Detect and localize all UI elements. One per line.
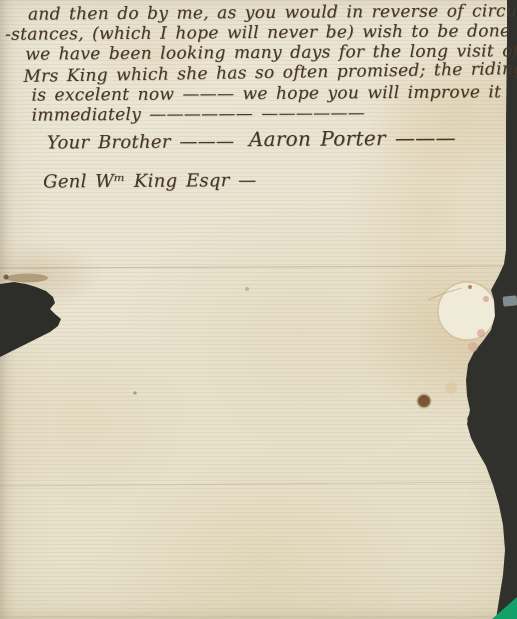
address-line: Genl Wᵐ King Esqr —	[43, 170, 256, 192]
letter-text: and then do by me, as you would in rever…	[0, 0, 517, 619]
letter-scan: and then do by me, as you would in rever…	[0, 0, 517, 619]
signature-name: Aaron Porter ———	[249, 126, 456, 151]
letter-line: is excelent now ——— we hope you will imp…	[31, 82, 501, 105]
letter-line: immediately —————— ——————	[32, 103, 366, 125]
closing-line: Your Brother ———	[47, 131, 235, 153]
